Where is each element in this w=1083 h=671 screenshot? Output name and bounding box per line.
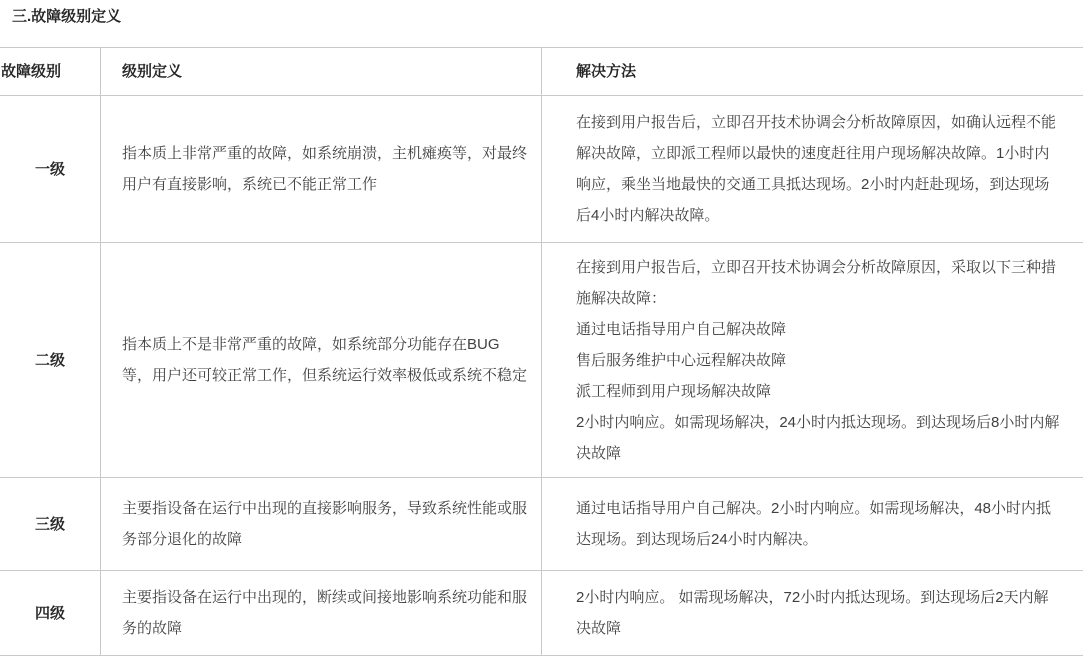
definition-cell: 指本质上不是非常严重的故障，如系统部分功能存在BUG等，用户还可较正常工作，但系… [101,243,542,478]
table-row-level-3: 三级 主要指设备在运行中出现的直接影响服务，导致系统性能或服务部分退化的故障 通… [0,478,1083,571]
section-title: 三.故障级别定义 [12,7,1083,27]
column-header-level-definition: 级别定义 [101,48,542,96]
column-header-solution: 解决方法 [542,48,1083,96]
definition-cell: 主要指设备在运行中出现的，断续或间接地影响系统功能和服务的故障 [101,571,542,656]
definition-cell: 指本质上非常严重的故障，如系统崩溃，主机瘫痪等，对最终用户有直接影响，系统已不能… [101,96,542,243]
table-row-level-4: 四级 主要指设备在运行中出现的，断续或间接地影响系统功能和服务的故障 2小时内响… [0,571,1083,656]
level-cell: 三级 [0,478,101,571]
column-header-fault-level: 故障级别 [0,48,101,96]
level-cell: 一级 [0,96,101,243]
solution-cell: 2小时内响应。 如需现场解决，72小时内抵达现场。到达现场后2天内解决故障 [542,571,1083,656]
solution-cell: 在接到用户报告后，立即召开技术协调会分析故障原因，采取以下三种措施解决故障： 通… [542,243,1083,478]
level-cell: 二级 [0,243,101,478]
solution-cell: 在接到用户报告后，立即召开技术协调会分析故障原因，如确认远程不能解决故障，立即派… [542,96,1083,243]
table-row-level-2: 二级 指本质上不是非常严重的故障，如系统部分功能存在BUG等，用户还可较正常工作… [0,243,1083,478]
solution-cell: 通过电话指导用户自己解决。2小时内响应。如需现场解决，48小时内抵达现场。到达现… [542,478,1083,571]
document-page: 三.故障级别定义 故障级别 级别定义 解决方法 一级 指本质上非常严重的故障，如… [0,0,1083,671]
fault-level-table: 故障级别 级别定义 解决方法 一级 指本质上非常严重的故障，如系统崩溃，主机瘫痪… [0,47,1083,656]
table-header-row: 故障级别 级别定义 解决方法 [0,48,1083,96]
level-cell: 四级 [0,571,101,656]
definition-cell: 主要指设备在运行中出现的直接影响服务，导致系统性能或服务部分退化的故障 [101,478,542,571]
table-row-level-1: 一级 指本质上非常严重的故障，如系统崩溃，主机瘫痪等，对最终用户有直接影响，系统… [0,96,1083,243]
